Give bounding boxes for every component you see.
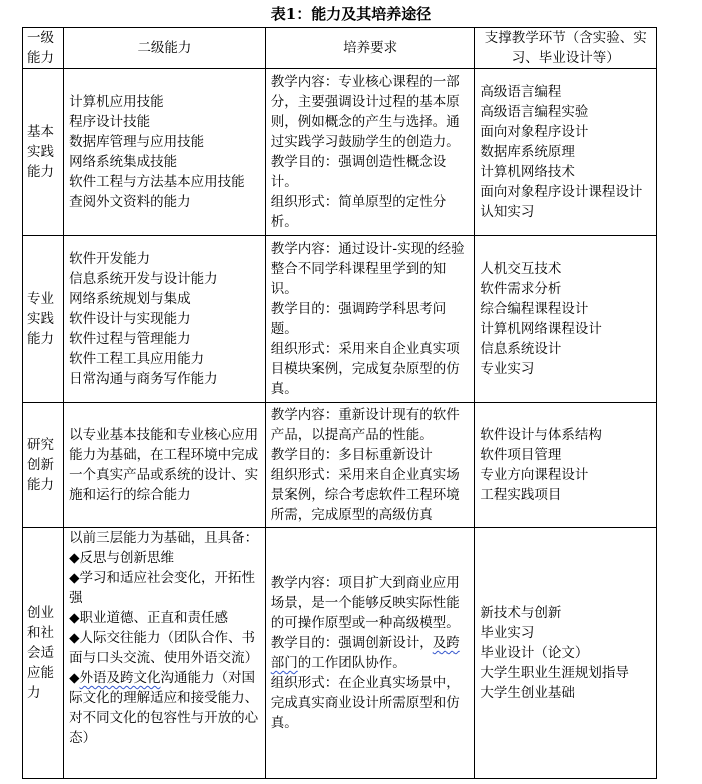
header-support: 支撑教学环节（含实验、实习、毕业设计等） xyxy=(475,28,657,69)
support-item: 毕业设计（论文） xyxy=(480,643,651,663)
support-item: 综合编程课程设计 xyxy=(480,299,651,319)
header-requirements: 培养要求 xyxy=(265,28,475,69)
organization-form: 组织形式：在企业真实场景中，完成真实商业设计所需原型和仿真。 xyxy=(271,673,470,733)
header-level1: 一级能力 xyxy=(23,28,64,69)
level2-intro: 以前三层能力为基础，且具备： xyxy=(69,528,260,548)
requirements-cell: 教学内容：重新设计现有的软件产品，以提高产品的性能。 教学目的：多目标重新设计 … xyxy=(265,403,475,528)
organization-form: 组织形式：简单原型的定性分析。 xyxy=(271,192,470,232)
support-item: 专业方向课程设计 xyxy=(480,465,651,485)
support-item: 软件设计与体系结构 xyxy=(480,425,651,445)
support-cell: 软件设计与体系结构 软件项目管理 专业方向课程设计 工程实践项目 xyxy=(475,403,657,528)
level2-item: 软件设计与实现能力 xyxy=(69,309,260,329)
support-item: 高级语言编程实验 xyxy=(480,102,651,122)
support-cell: 高级语言编程 高级语言编程实验 面向对象程序设计 数据库系统原理 计算机网络技术… xyxy=(475,69,657,236)
bullet-diamond-icon: ◆ xyxy=(69,670,79,686)
support-item: 计算机网络课程设计 xyxy=(480,319,651,339)
header-level2: 二级能力 xyxy=(64,28,266,69)
teaching-content: 教学内容：专业核心课程的一部分，主要强调设计过程的基本原则，例如概念的产生与选择… xyxy=(271,72,470,152)
spellcheck-underlined-text: 外语及跨文化 xyxy=(80,670,161,686)
level2-cell: 软件开发能力 信息系统开发与设计能力 网络系统规划与集成 软件设计与实现能力 软… xyxy=(64,236,266,403)
teaching-goal: 教学目的：强调创造性概念设计。 xyxy=(271,152,470,192)
level2-item: ◆人际交往能力（团队合作、书面与口头交流、使用外语交流） xyxy=(69,628,260,668)
requirements-cell: 教学内容：项目扩大到商业应用场景，是一个能够反映实际性能的可操作原型或一种高级模… xyxy=(265,528,475,779)
support-cell: 新技术与创新 毕业实习 毕业设计（论文） 大学生职业生涯规划指导 大学生创业基础 xyxy=(475,528,657,779)
requirements-cell: 教学内容：通过设计-实现的经验整合不同学科课程里学到的知识。 教学目的：强调跨学… xyxy=(265,236,475,403)
support-item: 信息系统设计 xyxy=(480,339,651,359)
level2-item: 计算机应用技能 xyxy=(69,92,260,112)
table-title: 表1：能力及其培养途径 xyxy=(0,4,702,24)
support-item: 面向对象程序设计课程设计 xyxy=(480,182,651,202)
level2-item: 数据库管理与应用技能 xyxy=(69,132,260,152)
level2-item: ◆外语及跨文化沟通能力（对国际文化的理解适应和接受能力、对不同文化的包容性与开放… xyxy=(69,668,260,748)
support-cell: 人机交互技术 软件需求分析 综合编程课程设计 计算机网络课程设计 信息系统设计 … xyxy=(475,236,657,403)
level1-cell: 研究创新能力 xyxy=(23,403,64,528)
level2-cell: 计算机应用技能 程序设计技能 数据库管理与应用技能 网络系统集成技能 软件工程与… xyxy=(64,69,266,236)
support-item: 高级语言编程 xyxy=(480,82,651,102)
support-item: 毕业实习 xyxy=(480,623,651,643)
support-item: 大学生职业生涯规划指导 xyxy=(480,663,651,683)
level2-item: 信息系统开发与设计能力 xyxy=(69,269,260,289)
level2-item: ◆职业道德、正直和责任感 xyxy=(69,608,260,628)
teaching-goal: 教学目的：多目标重新设计 xyxy=(271,445,470,465)
level2-item: 软件过程与管理能力 xyxy=(69,329,260,349)
table-row: 研究创新能力 以专业基本技能和专业核心应用能力为基础，在工程环境中完成一个真实产… xyxy=(23,403,657,528)
level2-item: 网络系统规划与集成 xyxy=(69,289,260,309)
level2-item: ◆反思与创新思维 xyxy=(69,548,260,568)
support-item: 新技术与创新 xyxy=(480,603,651,623)
table-row: 基本实践能力 计算机应用技能 程序设计技能 数据库管理与应用技能 网络系统集成技… xyxy=(23,69,657,236)
level1-cell: 创业和社会适应能力 xyxy=(23,528,64,779)
teaching-goal: 教学目的：强调跨学科思考问题。 xyxy=(271,299,470,339)
organization-form: 组织形式：采用来自企业真实项目模块案例，完成复杂原型的仿真。 xyxy=(271,339,470,399)
support-item: 人机交互技术 xyxy=(480,259,651,279)
level2-item: 网络系统集成技能 xyxy=(69,152,260,172)
level2-item: 软件工程工具应用能力 xyxy=(69,349,260,369)
support-item: 面向对象程序设计 xyxy=(480,122,651,142)
organization-form: 组织形式：采用来自企业真实场景案例，综合考虑软件工程环境所需，完成原型的高级仿真 xyxy=(271,465,470,525)
support-item: 工程实践项目 xyxy=(480,485,651,505)
table-header-row: 一级能力 二级能力 培养要求 支撑教学环节（含实验、实习、毕业设计等） xyxy=(23,28,657,69)
teaching-goal: 教学目的：强调创新设计，及跨部门的工作团队协作。 xyxy=(271,633,470,673)
level2-item: 程序设计技能 xyxy=(69,112,260,132)
support-item: 计算机网络技术 xyxy=(480,162,651,182)
teaching-goal-text: 的工作团队协作。 xyxy=(298,655,406,671)
teaching-goal-text: 教学目的：强调创新设计， xyxy=(271,635,433,651)
teaching-content: 教学内容：通过设计-实现的经验整合不同学科课程里学到的知识。 xyxy=(271,239,470,299)
support-item: 软件项目管理 xyxy=(480,445,651,465)
level2-item: 日常沟通与商务写作能力 xyxy=(69,369,260,389)
teaching-content: 教学内容：重新设计现有的软件产品，以提高产品的性能。 xyxy=(271,405,470,445)
level1-cell: 基本实践能力 xyxy=(23,69,64,236)
level2-cell: 以前三层能力为基础，且具备： ◆反思与创新思维 ◆学习和适应社会变化，开拓性强 … xyxy=(64,528,266,779)
level1-cell: 专业实践能力 xyxy=(23,236,64,403)
support-item: 认知实习 xyxy=(480,202,651,222)
ability-table: 一级能力 二级能力 培养要求 支撑教学环节（含实验、实习、毕业设计等） 基本实践… xyxy=(22,27,657,779)
level2-item: 软件工程与方法基本应用技能 xyxy=(69,172,260,192)
level2-item: ◆学习和适应社会变化，开拓性强 xyxy=(69,568,260,608)
support-item: 数据库系统原理 xyxy=(480,142,651,162)
table-row: 专业实践能力 软件开发能力 信息系统开发与设计能力 网络系统规划与集成 软件设计… xyxy=(23,236,657,403)
teaching-content: 教学内容：项目扩大到商业应用场景，是一个能够反映实际性能的可操作原型或一种高级模… xyxy=(271,573,470,633)
level2-cell: 以专业基本技能和专业核心应用能力为基础，在工程环境中完成一个真实产品或系统的设计… xyxy=(64,403,266,528)
requirements-cell: 教学内容：专业核心课程的一部分，主要强调设计过程的基本原则，例如概念的产生与选择… xyxy=(265,69,475,236)
support-item: 软件需求分析 xyxy=(480,279,651,299)
table-row: 创业和社会适应能力 以前三层能力为基础，且具备： ◆反思与创新思维 ◆学习和适应… xyxy=(23,528,657,779)
level2-item: 软件开发能力 xyxy=(69,249,260,269)
support-item: 专业实习 xyxy=(480,359,651,379)
level2-item: 查阅外文资料的能力 xyxy=(69,192,260,212)
support-item: 大学生创业基础 xyxy=(480,683,651,703)
